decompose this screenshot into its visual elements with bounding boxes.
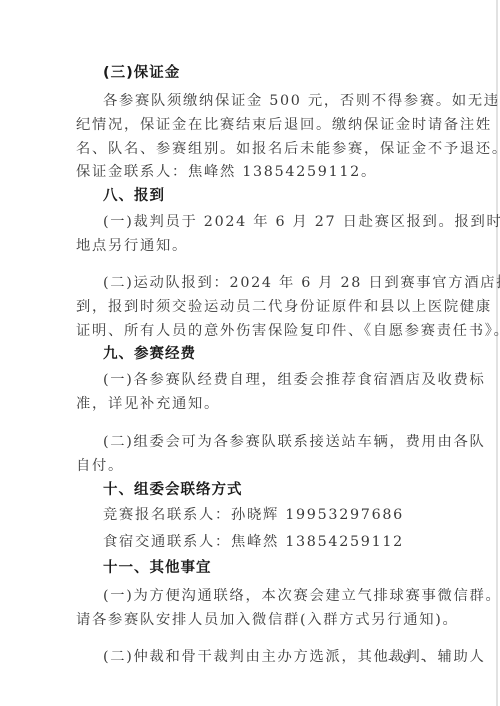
- paragraph-line: 名、队名、参赛组别。如报名后未能参赛，保证金不予退还。: [76, 138, 426, 160]
- paragraph-line: 证明、所有人员的意外伤害保险复印件、《自愿参赛责任书》。: [76, 320, 426, 342]
- paragraph-line: 食宿交通联系人：焦峰然 13854259112: [103, 531, 426, 553]
- section-heading: 九、参赛经费: [103, 343, 426, 365]
- paragraph-line: 到，报到时须交验运动员二代身份证原件和县以上医院健康: [76, 296, 426, 318]
- paragraph-line: 竞赛报名联系人：孙晓辉 19953297686: [103, 504, 426, 526]
- section-heading: 十、组委会联络方式: [103, 479, 426, 501]
- section-heading: (三)保证金: [103, 62, 426, 84]
- page-number: - 9 -: [388, 652, 428, 667]
- paragraph-line: 各参赛队须缴纳保证金 500 元，否则不得参赛。如无违: [103, 90, 426, 112]
- paragraph-line: 地点另行通知。: [76, 235, 426, 257]
- paragraph-line: 纪情况，保证金在比赛结束后退回。缴纳保证金时请备注姓: [76, 114, 426, 136]
- paragraph-line: (二)运动队报到：2024 年 6 月 28 日到赛事官方酒店报: [103, 272, 426, 294]
- paragraph-line: (二)仲裁和骨干裁判由主办方选派，其他裁判、辅助人: [103, 646, 426, 668]
- section-heading: 八、报到: [103, 185, 426, 207]
- paragraph-line: (一)各参赛队经费自理，组委会推荐食宿酒店及收费标: [103, 369, 426, 391]
- paragraph-line: (一)为方便沟通联络，本次赛会建立气排球赛事微信群。: [103, 585, 426, 607]
- paragraph-line: 保证金联系人：焦峰然 13854259112。: [76, 161, 426, 183]
- paragraph-line: (二)组委会可为各参赛队联系接送站车辆，费用由各队: [103, 431, 426, 453]
- paragraph-line: 自付。: [76, 455, 426, 477]
- paragraph-line: (一)裁判员于 2024 年 6 月 27 日赴赛区报到。报到时间、: [103, 211, 426, 233]
- paragraph-line: 请各参赛队安排人员加入微信群(入群方式另行通知)。: [76, 609, 426, 631]
- section-heading: 十一、其他事宜: [103, 557, 426, 579]
- paragraph-line: 准，详见补充通知。: [76, 393, 426, 415]
